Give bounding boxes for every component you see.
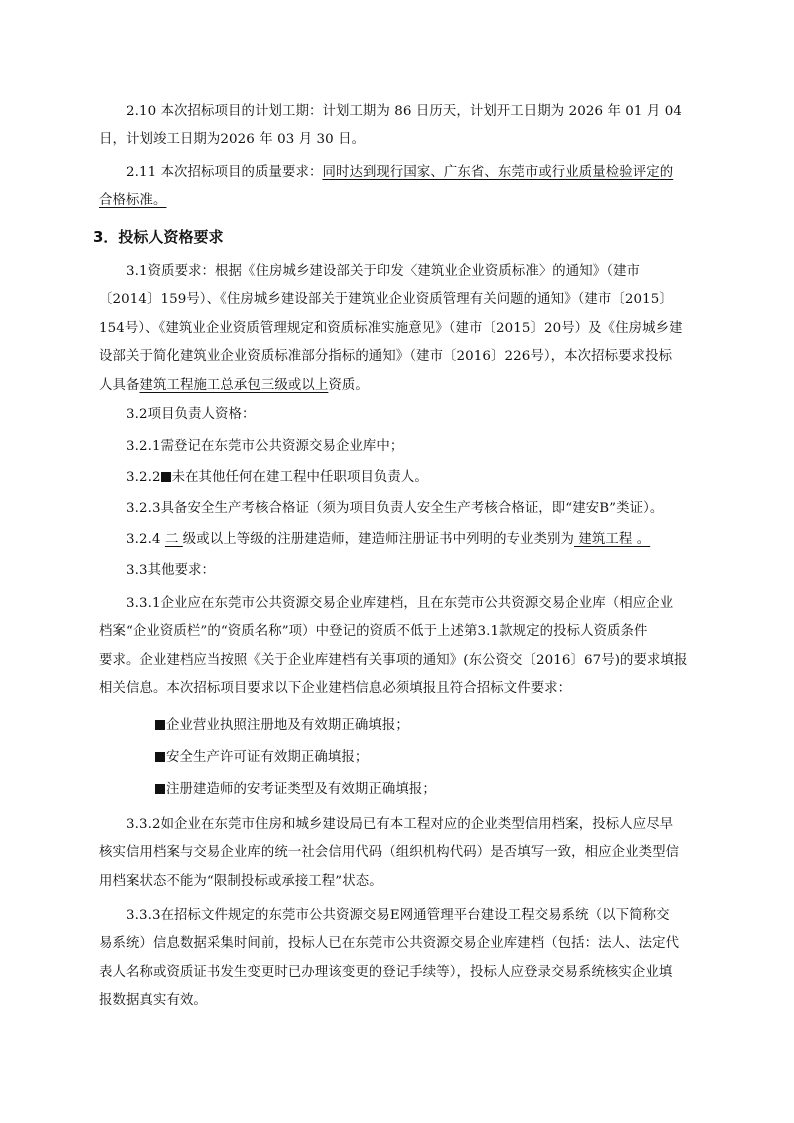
bullet-item: 企业营业执照注册地及有效期正确填报； (99, 712, 751, 740)
text-segment: 3.2.4 (126, 532, 165, 547)
quality-label: 2.11 本次招标项目的质量要求： (126, 165, 322, 180)
quality-requirement-cont: 合格标准。 (99, 193, 166, 208)
paragraph-3-3-2-line3: 用档案状态不能为“限制投标或承接工程”状态。 (99, 868, 695, 896)
builder-grade: 二 (165, 532, 183, 547)
text-segment: 3.2.2 (126, 470, 161, 485)
text-segment: 级或以上等级的注册建造师，建造师注册证书中列明的专业类别为 (183, 532, 574, 547)
paragraph-2-10-line1: 2.10 本次招标项目的计划工期：计划工期为 86 日历天，计划开工日期为 20… (99, 98, 722, 126)
paragraph-3-3-1-line4: 相关信息。本次招标项目要求以下企业建档信息必须填报且符合招标文件要求： (99, 675, 695, 703)
quality-requirement: 同时达到现行国家、广东省、东莞市或行业质量检验评定的 (322, 165, 673, 180)
text-segment: 资质。 (328, 378, 368, 393)
paragraph-3-3-3-line1: 3.3.3在招标文件规定的东莞市公共资源交易E网通管理平台建设工程交易系统（以下… (99, 902, 722, 930)
paragraph-3-1-line4: 设部关于简化建筑业企业资质标准部分指标的通知》（建市〔2016〕226号），本次… (99, 343, 695, 371)
bullet-text: 企业营业执照注册地及有效期正确填报； (166, 718, 409, 733)
paragraph-3-2-2: 3.2.2未在其他任何在建工程中任职项目负责人。 (99, 464, 722, 492)
black-square-bullet-icon (155, 752, 165, 762)
paragraph-3-1-line3: 154号）、《建筑业企业资质管理规定和资质标准实施意见》（建市〔2015〕20号… (99, 315, 695, 343)
paragraph-3-2: 3.2项目负责人资格： (99, 401, 722, 429)
paragraph-3-1-line2: 〔2014〕159号）、《住房城乡建设部关于建筑业企业资质管理有关问题的通知》（… (99, 286, 695, 314)
bullet-text: 安全生产许可证有效期正确填报； (166, 750, 368, 765)
builder-category: 建筑工程 。 (574, 532, 650, 547)
paragraph-3-1-line5: 人具备建筑工程施工总承包三级或以上资质。 (99, 372, 695, 400)
paragraph-3-3-1-line3: 要求。企业建档应当按照《关于企业库建档有关事项的通知》(东公资交〔2016〕67… (99, 647, 695, 675)
paragraph-3-3-2-line2: 核实信用档案与交易企业库的统一社会信用代码（组织机构代码）是否填写一致，相应企业… (99, 839, 695, 867)
paragraph-3-3-2-line1: 3.3.2如企业在东莞市住房和城乡建设局已有本工程对应的企业类型信用档案，投标人… (99, 811, 722, 839)
black-square-bullet-icon (161, 472, 171, 482)
paragraph-3-3-3-line2: 易系统）信息数据采集时间前，投标人已在东莞市公共资源交易企业库建档（包括：法人、… (99, 930, 695, 958)
black-square-bullet-icon (155, 784, 165, 794)
text-segment: 人具备 (99, 378, 139, 393)
section-heading-3: 3．投标人资格要求 (93, 225, 223, 249)
paragraph-3-1-line1: 3.1资质要求：根据《住房城乡建设部关于印发〈建筑业企业资质标准〉的通知》（建市 (99, 258, 722, 286)
paragraph-3-3-3-line4: 报数据真实有效。 (99, 987, 695, 1015)
paragraph-3-3: 3.3其他要求： (99, 557, 722, 585)
black-square-bullet-icon (155, 720, 165, 730)
paragraph-3-3-3-line3: 表人名称或资质证书发生变更时已办理该变更的登记手续等），投标人应登录交易系统核实… (99, 959, 695, 987)
paragraph-3-3-1-line2: 档案“企业资质栏”的“资质名称”项）中登记的资质不低于上述第3.1款规定的投标人… (99, 618, 695, 646)
bullet-item: 注册建造师的安考证类型及有效期正确填报； (99, 776, 751, 804)
paragraph-3-2-1: 3.2.1需登记在东莞市公共资源交易企业库中； (99, 433, 722, 461)
paragraph-3-2-3: 3.2.3具备安全生产考核合格证（须为项目负责人安全生产考核合格证，即“建安B”… (99, 495, 722, 523)
paragraph-3-3-1-line1: 3.3.1企业应在东莞市公共资源交易企业库建档，且在东莞市公共资源交易企业库（相… (99, 590, 722, 618)
text-segment: 未在其他任何在建工程中任职项目负责人。 (172, 470, 428, 485)
paragraph-2-11-line2: 合格标准。 (99, 187, 695, 215)
required-qualification: 建筑工程施工总承包三级或以上 (139, 378, 328, 393)
bullet-item: 安全生产许可证有效期正确填报； (99, 744, 751, 772)
paragraph-3-2-4: 3.2.4 二 级或以上等级的注册建造师，建造师注册证书中列明的专业类别为 建筑… (99, 526, 722, 554)
bullet-text: 注册建造师的安考证类型及有效期正确填报； (166, 782, 436, 797)
paragraph-2-11-line1: 2.11 本次招标项目的质量要求：同时达到现行国家、广东省、东莞市或行业质量检验… (99, 159, 722, 187)
paragraph-2-10-line2: 日，计划竣工日期为2026 年 03 月 30 日。 (99, 126, 695, 154)
